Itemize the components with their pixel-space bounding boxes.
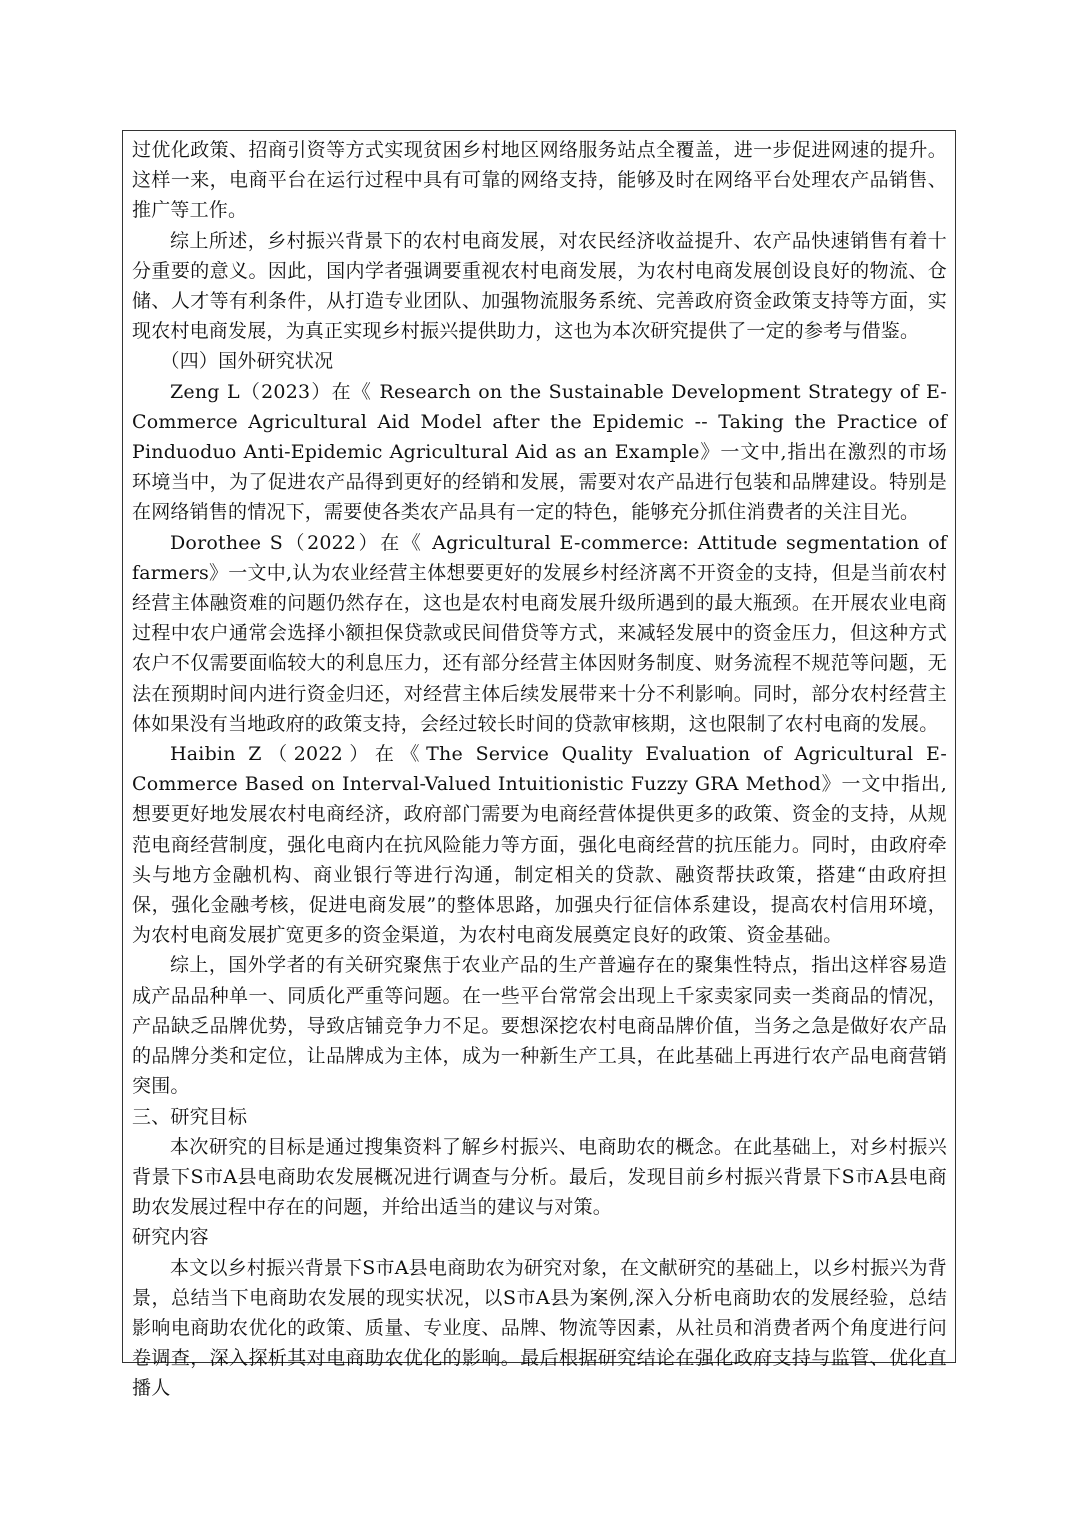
paragraph-research-goals: 本次研究的目标是通过搜集资料了解乡村振兴、电商助农的概念。在此基础上，对乡村振兴… — [132, 1132, 947, 1223]
paragraph-dorothee: Dorothee S（2022）在《 Agricultural E-commer… — [132, 528, 947, 739]
subheading-foreign-research: （四）国外研究状况 — [132, 346, 947, 376]
paragraph-zeng: Zeng L（2023）在《 Research on the Sustainab… — [132, 377, 947, 528]
paragraph-network-coverage: 过优化政策、招商引资等方式实现贫困乡村地区网络服务站点全覆盖，进一步促进网速的提… — [132, 135, 947, 226]
paragraph-domestic-summary: 综上所述，乡村振兴背景下的农村电商发展，对农民经济收益提升、农产品快速销售有着十… — [132, 226, 947, 347]
paragraph-foreign-summary: 综上，国外学者的有关研究聚焦于农业产品的生产普遍存在的聚集性特点，指出这样容易造… — [132, 950, 947, 1101]
paragraph-research-content: 本文以乡村振兴背景下S市A县电商助农为研究对象，在文献研究的基础上，以乡村振兴为… — [132, 1253, 947, 1404]
heading-research-goals: 三、研究目标 — [132, 1102, 947, 1132]
document-frame: 过优化政策、招商引资等方式实现贫困乡村地区网络服务站点全覆盖，进一步促进网速的提… — [122, 130, 956, 1363]
paragraph-haibin: Haibin Z（2022）在《The Service Quality Eval… — [132, 739, 947, 950]
heading-research-content: 研究内容 — [132, 1222, 947, 1252]
